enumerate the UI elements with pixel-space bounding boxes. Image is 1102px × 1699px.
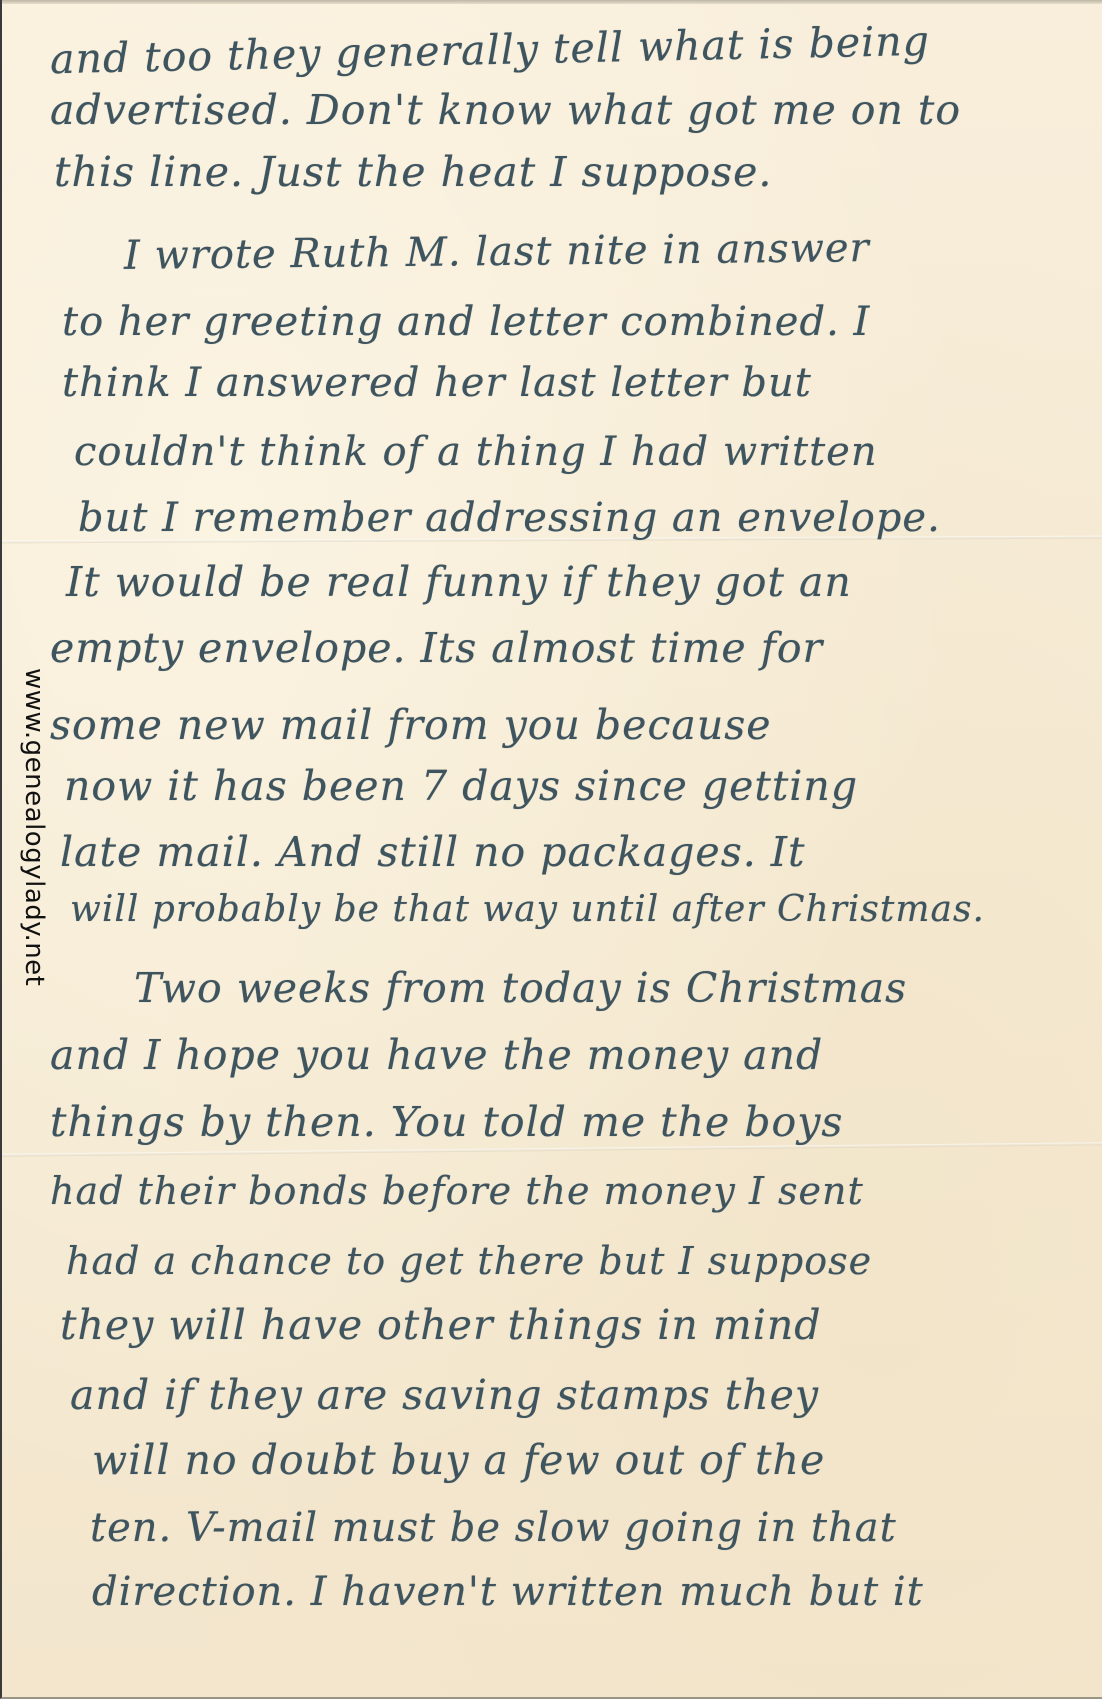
page-top-edge [2,0,1102,4]
letter-line: will no doubt buy a few out of the [92,1440,825,1481]
letter-line: this line. Just the heat I suppose. [54,152,772,193]
letter-line: things by then. You told me the boys [50,1102,843,1143]
letter-line: late mail. And still no packages. It [60,832,805,873]
letter-line: think I answered her last letter but [62,363,812,403]
letter-line: ten. V-mail must be slow going in that [90,1508,897,1548]
letter-line: empty envelope. Its almost time for [50,628,823,669]
letter-line: It would be real funny if they got an [66,562,852,603]
letter-line: and I hope you have the money and [50,1035,823,1076]
letter-line: and if they are saving stamps they [70,1375,819,1416]
letter-line: to her greeting and letter combined. I [62,302,870,342]
letter-line: and too they generally tell what is bein… [50,21,931,80]
letter-line: advertised. Don't know what got me on to [50,90,961,131]
watermark: www.genealogylady.net [16,668,52,1028]
letter-line: I wrote Ruth M. last nite in answer [124,228,870,276]
letter-line: couldn't think of a thing I had written [74,432,878,472]
letter-line: had their bonds before the money I sent [50,1172,864,1210]
letter-line: had a chance to get there but I suppose [66,1242,872,1280]
letter-line: some new mail from you because [50,705,772,746]
letter-line: now it has been 7 days since getting [64,766,858,807]
letter-line: they will have other things in mind [60,1305,822,1346]
letter-line: but I remember addressing an envelope. [78,498,941,538]
letter-line: direction. I haven't written much but it [92,1572,924,1612]
letter-line: will probably be that way until after Ch… [70,892,985,928]
letter-line: Two weeks from today is Christmas [134,968,907,1009]
letter-page: www.genealogylady.net and too they gener… [0,0,1102,1699]
